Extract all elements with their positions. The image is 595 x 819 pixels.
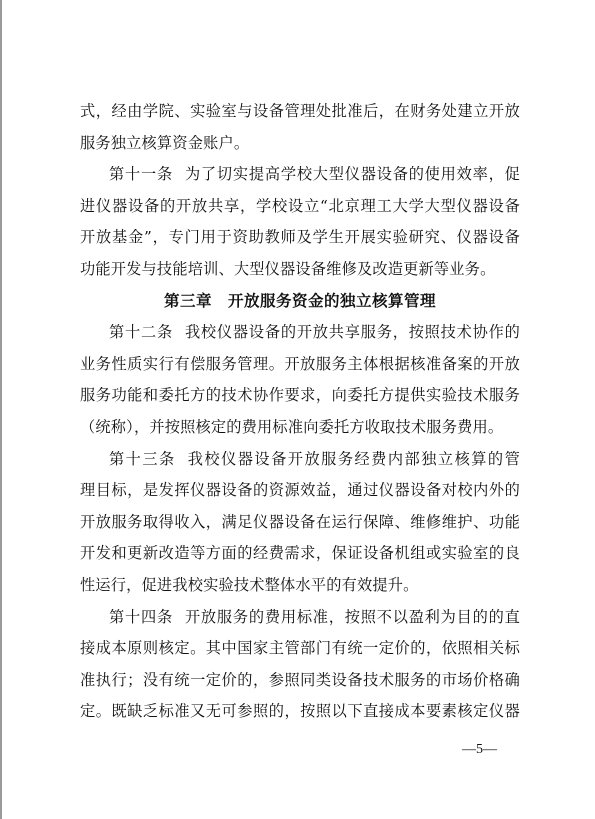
text-line: 开放服务取得收入，满足仪器设备在运行保障、维修维护、功能: [80, 507, 520, 539]
article-14-first-line: 第十四条开放服务的费用标准，按照不以盈利为目的的直: [80, 602, 520, 634]
article-label: 第十三条: [109, 450, 176, 468]
text-span: 我校仪器设备开放服务经费内部独立核算的管: [188, 450, 520, 468]
page-number: —5—: [462, 742, 497, 758]
article-label: 第十二条: [109, 323, 173, 341]
text-line: 性运行，促进我校实验技术整体水平的有效提升。: [80, 570, 520, 602]
text-span: 开放服务的费用标准，按照不以盈利为目的的直: [185, 608, 520, 626]
text-line: 理目标，是发挥仪器设备的资源效益，通过仪器设备对校内外的: [80, 475, 520, 507]
article-12-first-line: 第十二条我校仪器设备的开放共享服务，按照技术协作的: [80, 317, 520, 349]
text-line: 开发和更新改造等方面的经费需求，保证设备机组或实验室的良: [80, 538, 520, 570]
text-span: 我校仪器设备的开放共享服务，按照技术协作的: [185, 323, 520, 341]
text-line: 业务性质实行有偿服务管理。开放服务主体根据核准备案的开放: [80, 349, 520, 381]
text-line: 接成本原则核定。其中国家主管部门有统一定价的，依照相关标: [80, 633, 520, 665]
text-line: （统称），并按照核定的费用标准向委托方收取技术服务费用。: [80, 412, 520, 444]
text-line: 定。既缺乏标准又无可参照的，按照以下直接成本要素核定仪器: [80, 696, 520, 728]
article-label: 第十一条: [109, 165, 173, 183]
text-line: 开放基金”，专门用于资助教师及学生开展实验研究、仪器设备: [80, 222, 520, 254]
text-line: 式，经由学院、实验室与设备管理处批准后，在财务处建立开放: [80, 96, 520, 128]
text-line: 服务功能和委托方的技术协作要求，向委托方提供实验技术服务: [80, 380, 520, 412]
page-left-border: [0, 0, 2, 819]
article-13-first-line: 第十三条我校仪器设备开放服务经费内部独立核算的管: [80, 444, 520, 476]
article-11-first-line: 第十一条为了切实提高学校大型仪器设备的使用效率，促: [80, 159, 520, 191]
article-label: 第十四条: [109, 608, 173, 626]
text-span: 为了切实提高学校大型仪器设备的使用效率，促: [185, 165, 520, 183]
chapter-heading: 第三章 开放服务资金的独立核算管理: [80, 286, 520, 318]
document-page: 式，经由学院、实验室与设备管理处批准后，在财务处建立开放 服务独立核算资金账户。…: [80, 96, 520, 728]
text-line: 准执行；没有统一定价的，参照同类设备技术服务的市场价格确: [80, 665, 520, 697]
text-line: 功能开发与技能培训、大型仪器设备维修及改造更新等业务。: [80, 254, 520, 286]
text-line: 服务独立核算资金账户。: [80, 128, 520, 160]
text-line: 进仪器设备的开放共享，学校设立“北京理工大学大型仪器设备: [80, 191, 520, 223]
